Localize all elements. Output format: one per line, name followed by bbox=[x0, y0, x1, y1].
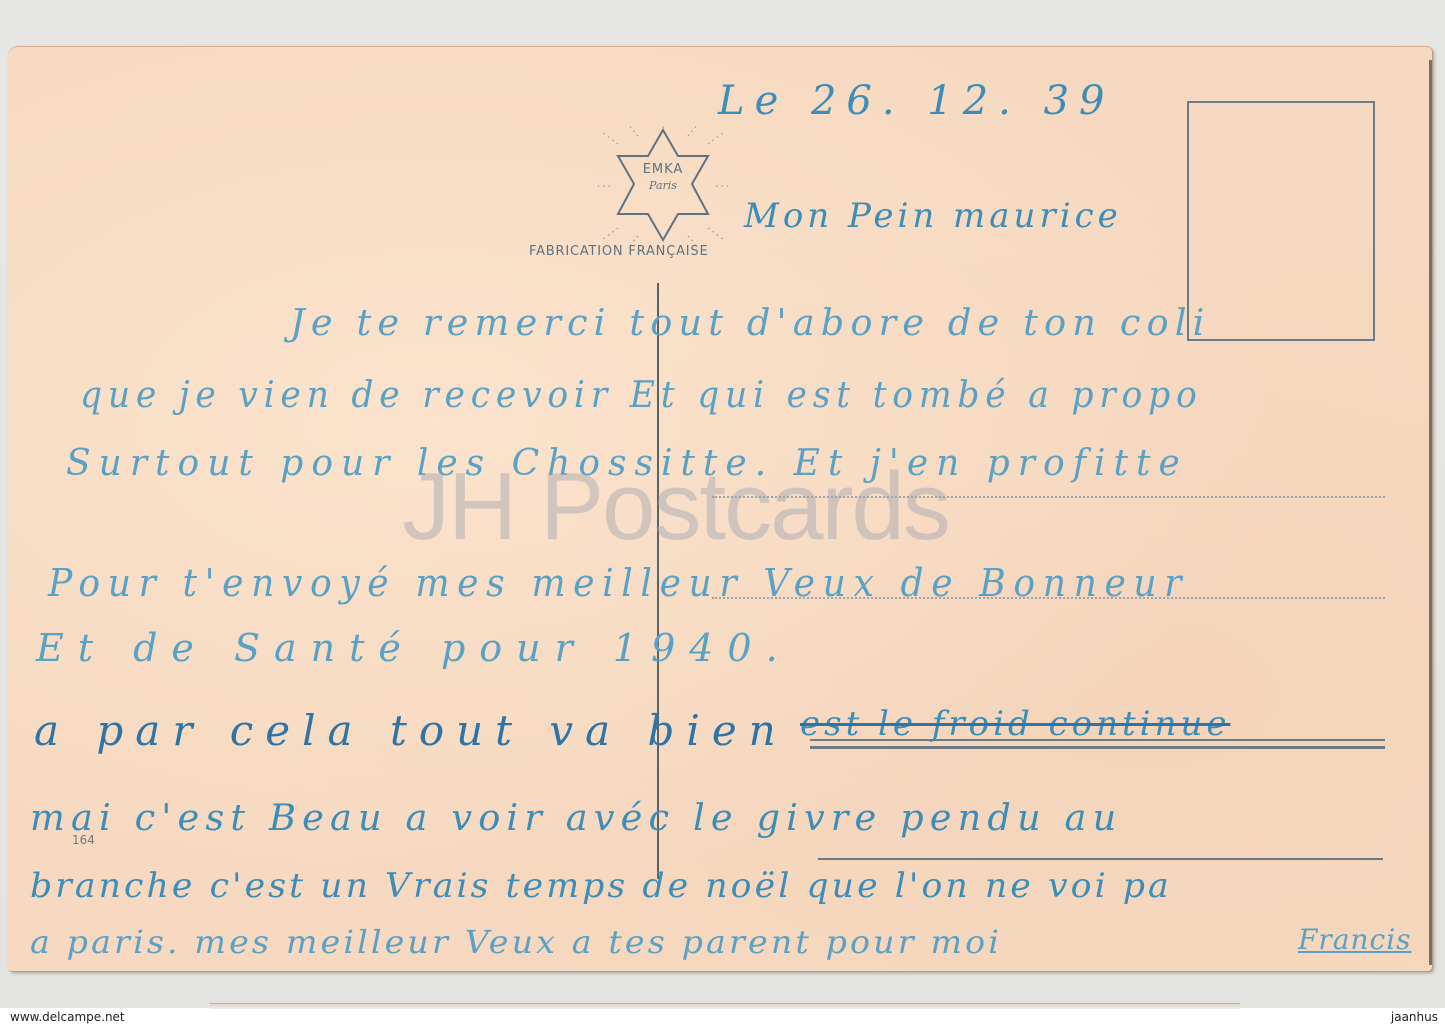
handwritten-line-8: branche c'est un Vrais temps de noël que… bbox=[30, 866, 1172, 906]
stamp-box bbox=[1187, 101, 1375, 341]
handwritten-line-1: Je te remerci tout d'abore de ton coli bbox=[290, 303, 1210, 344]
address-line-solid-1b bbox=[810, 746, 1385, 749]
source-link[interactable]: www.delcampe.net bbox=[10, 1010, 125, 1024]
fabrication-label: FABRICATION FRANÇAISE bbox=[529, 244, 708, 259]
struck-out-text: est le froid continue bbox=[800, 704, 1230, 744]
emka-star-logo: EMKA Paris bbox=[598, 124, 728, 248]
seller-name: jaanhus bbox=[1391, 1010, 1438, 1024]
handwritten-signature: Francis bbox=[1298, 923, 1412, 956]
handwritten-line-5: Et de Santé pour 1940. bbox=[36, 626, 792, 670]
address-line-solid-2 bbox=[818, 858, 1383, 860]
handwritten-line-6: a par cela tout va bien bbox=[34, 706, 788, 755]
logo-brand-text: EMKA bbox=[624, 162, 702, 177]
handwritten-date: Le 26. 12. 39 bbox=[718, 78, 1115, 124]
handwritten-line-4: Pour t'envoyé mes meilleur Veux de Bonne… bbox=[48, 561, 1189, 605]
handwritten-salutation: Mon Pein maurice bbox=[744, 196, 1122, 236]
handwritten-line-2: que je vien de recevoir Et qui est tombé… bbox=[80, 375, 1203, 416]
handwritten-line-7: mai c'est Beau a voir avéc le givre pend… bbox=[30, 798, 1122, 839]
underlying-card-edge bbox=[210, 1003, 1240, 1009]
handwritten-line-9: a paris. mes meilleur Veux a tes parent … bbox=[30, 923, 1002, 961]
watermark: JH Postcards bbox=[402, 452, 949, 562]
postcard-edge-shadow bbox=[1429, 60, 1432, 965]
logo-city-text: Paris bbox=[624, 179, 702, 192]
